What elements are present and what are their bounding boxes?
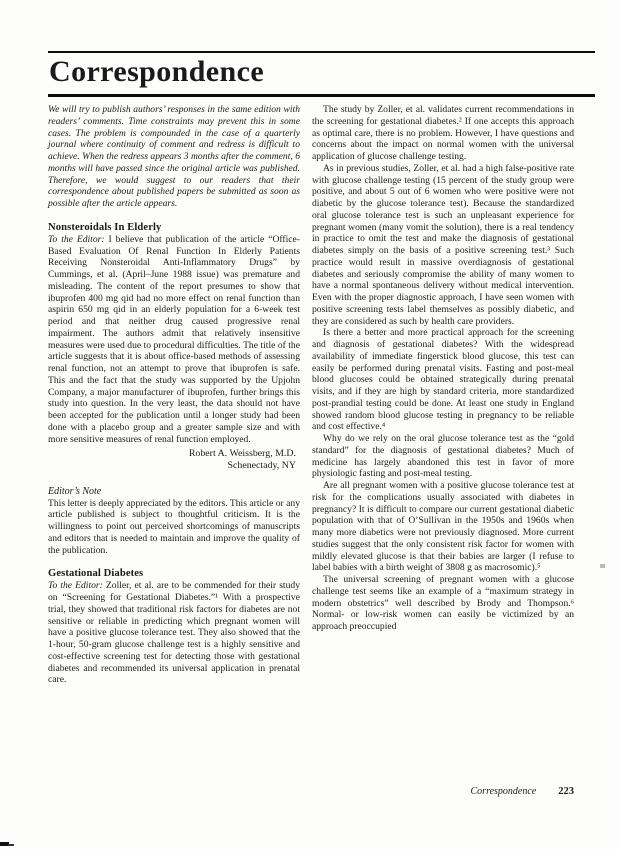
two-column-text: We will try to publish authors’ response… xyxy=(48,104,574,686)
section-heading-nonsteroidals: Nonsteroidals In Elderly xyxy=(48,222,300,233)
page-footer: Correspondence223 xyxy=(471,786,574,797)
signature-block: Robert A. Weissberg, M.D. Schenectady, N… xyxy=(48,448,296,472)
left-column: We will try to publish authors’ response… xyxy=(48,104,300,686)
editors-note-heading: Editor’s Note xyxy=(48,486,300,497)
page-number: 223 xyxy=(558,786,574,797)
top-rule xyxy=(48,51,595,53)
running-head: Correspondence xyxy=(471,786,537,797)
scan-artifact-right-edge xyxy=(600,564,605,568)
letter-paragraph: Why do we rely on the oral glucose toler… xyxy=(312,433,574,480)
journal-page: Correspondence We will try to publish au… xyxy=(0,0,620,849)
letter-paragraph: The study by Zoller, et al. validates cu… xyxy=(312,104,574,163)
salutation: To the Editor: xyxy=(48,580,103,591)
letter-text: Zoller, et al. are to be commended for t… xyxy=(48,580,300,685)
editors-note-body: This letter is deeply appreciated by the… xyxy=(48,498,300,557)
signature-location: Schenectady, NY xyxy=(48,460,296,472)
letter-nonsteroidals-body: To the Editor: I believe that publicatio… xyxy=(48,234,300,446)
salutation: To the Editor: xyxy=(48,234,105,245)
letter-text: I believe that publication of the articl… xyxy=(48,234,300,445)
letter-paragraph: Are all pregnant women with a positive g… xyxy=(312,480,574,574)
page-title: Correspondence xyxy=(49,55,595,89)
letter-paragraph: The universal screening of pregnant wome… xyxy=(312,574,574,633)
editorial-policy-note: We will try to publish authors’ response… xyxy=(48,104,300,210)
signature-name: Robert A. Weissberg, M.D. xyxy=(48,448,296,460)
letter-gestational-body: To the Editor: Zoller, et al. are to be … xyxy=(48,580,300,686)
right-column: The study by Zoller, et al. validates cu… xyxy=(312,104,574,686)
title-rule xyxy=(48,94,595,97)
scan-artifact-bottom-left xyxy=(8,844,14,846)
section-heading-gestational: Gestational Diabetes xyxy=(48,568,300,579)
masthead: Correspondence xyxy=(48,0,595,97)
letter-paragraph: As in previous studies, Zoller, et al. h… xyxy=(312,163,574,328)
letter-paragraph: Is there a better and more practical app… xyxy=(312,327,574,433)
